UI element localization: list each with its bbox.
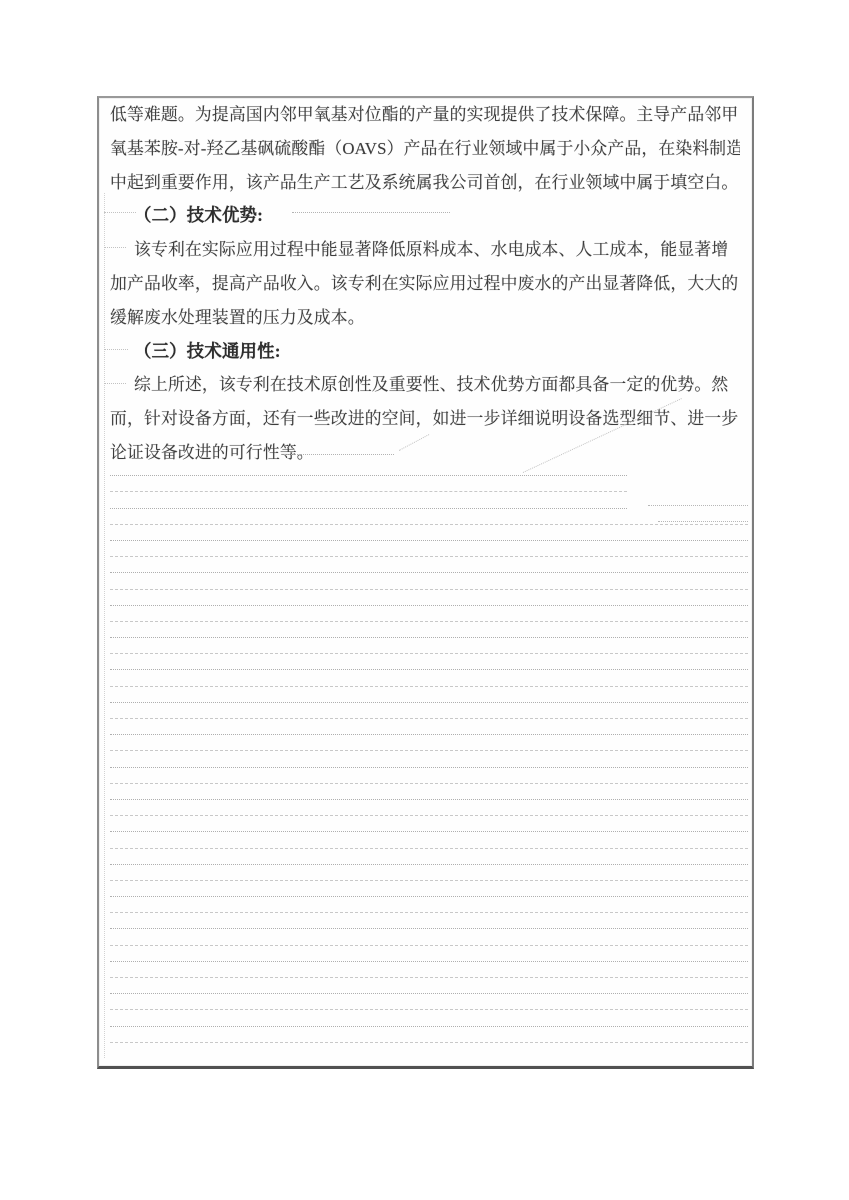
left-tick-line-artifact xyxy=(104,193,105,1058)
dotted-rule-line xyxy=(110,800,748,816)
dotted-rule-line xyxy=(110,946,748,962)
dotted-rule-line xyxy=(110,557,748,573)
dotted-rule-line xyxy=(110,962,748,978)
dotted-rule-line xyxy=(110,622,748,638)
text-line: 加产品收率，提高产品收入。该专利在实际应用过程中废水的产出显著降低，大大的 xyxy=(110,267,740,301)
dotted-rule-line xyxy=(110,460,627,476)
dotted-rule-line xyxy=(110,719,748,735)
dotted-rule-line xyxy=(110,590,748,606)
dotted-rule-line xyxy=(110,492,627,508)
text-line: 综上所述，该专利在技术原创性及重要性、技术优势方面都具备一定的优势。然 xyxy=(110,368,740,402)
dotted-rule-line xyxy=(110,476,627,492)
scan-artifact-stub xyxy=(104,212,136,213)
dotted-rule-line xyxy=(110,897,748,913)
text-line: 缓解废水处理装置的压力及成本。 xyxy=(110,301,740,335)
dotted-rule-line xyxy=(110,768,748,784)
dotted-rule-line xyxy=(110,703,748,719)
scan-artifact-stub xyxy=(104,247,126,248)
dotted-rule-line xyxy=(110,784,748,800)
text-line: 该专利在实际应用过程中能显著降低原料成本、水电成本、人工成本，能显著增 xyxy=(110,233,740,267)
dotted-rule-line xyxy=(110,606,748,622)
form-table-cell: 低等难题。为提高国内邻甲氧基对位酯的产量的实现提供了技术保障。主导产品邻甲氧基苯… xyxy=(97,96,754,1069)
scan-artifact-rule-after-heading xyxy=(292,212,450,213)
dotted-rule-line xyxy=(110,687,748,703)
dotted-rule-line xyxy=(110,1027,748,1043)
dotted-rule-line xyxy=(110,541,748,557)
dotted-rule-line xyxy=(110,1043,748,1058)
dotted-rule-line xyxy=(110,670,748,686)
dotted-rule-line xyxy=(110,573,748,589)
dotted-rule-line xyxy=(110,816,748,832)
dotted-rule-line xyxy=(110,735,748,751)
scan-artifact-rule-after-text xyxy=(284,454,394,455)
dotted-rule-line xyxy=(110,913,748,929)
dotted-rule-line xyxy=(110,849,748,865)
dotted-rule-line xyxy=(110,1010,748,1026)
dotted-rule-line xyxy=(110,881,748,897)
scan-artifact-right-segment xyxy=(658,521,748,522)
ruled-area xyxy=(110,460,748,1058)
dotted-rule-line xyxy=(110,994,748,1010)
scanned-page: 低等难题。为提高国内邻甲氧基对位酯的产量的实现提供了技术保障。主导产品邻甲氧基苯… xyxy=(0,0,849,1200)
dotted-rule-line xyxy=(110,929,748,945)
section-heading: （二）技术优势: xyxy=(110,199,740,233)
section-heading: （三）技术通用性: xyxy=(110,335,740,369)
scan-artifact-stub xyxy=(104,349,128,350)
dotted-rule-line xyxy=(110,509,748,525)
scan-artifact-right-segment xyxy=(648,505,748,506)
text-line: 而，针对设备方面，还有一些改进的空间，如进一步详细说明设备选型细节、进一步 xyxy=(110,402,740,436)
dotted-rule-line xyxy=(110,751,748,767)
dotted-rule-line xyxy=(110,865,748,881)
dotted-rule-line xyxy=(110,654,748,670)
dotted-rule-line xyxy=(110,638,748,654)
dotted-rule-line xyxy=(110,978,748,994)
dotted-rule-line xyxy=(110,525,748,541)
scan-artifact-stub xyxy=(104,383,126,384)
text-line: 氧基苯胺-对-羟乙基砜硫酸酯（OAVS）产品在行业领域中属于小众产品，在染料制造 xyxy=(110,132,740,166)
dotted-rule-line xyxy=(110,832,748,848)
text-line: 中起到重要作用，该产品生产工艺及系统属我公司首创，在行业领域中属于填空白。 xyxy=(110,166,740,200)
text-line: 低等难题。为提高国内邻甲氧基对位酯的产量的实现提供了技术保障。主导产品邻甲 xyxy=(110,98,740,132)
